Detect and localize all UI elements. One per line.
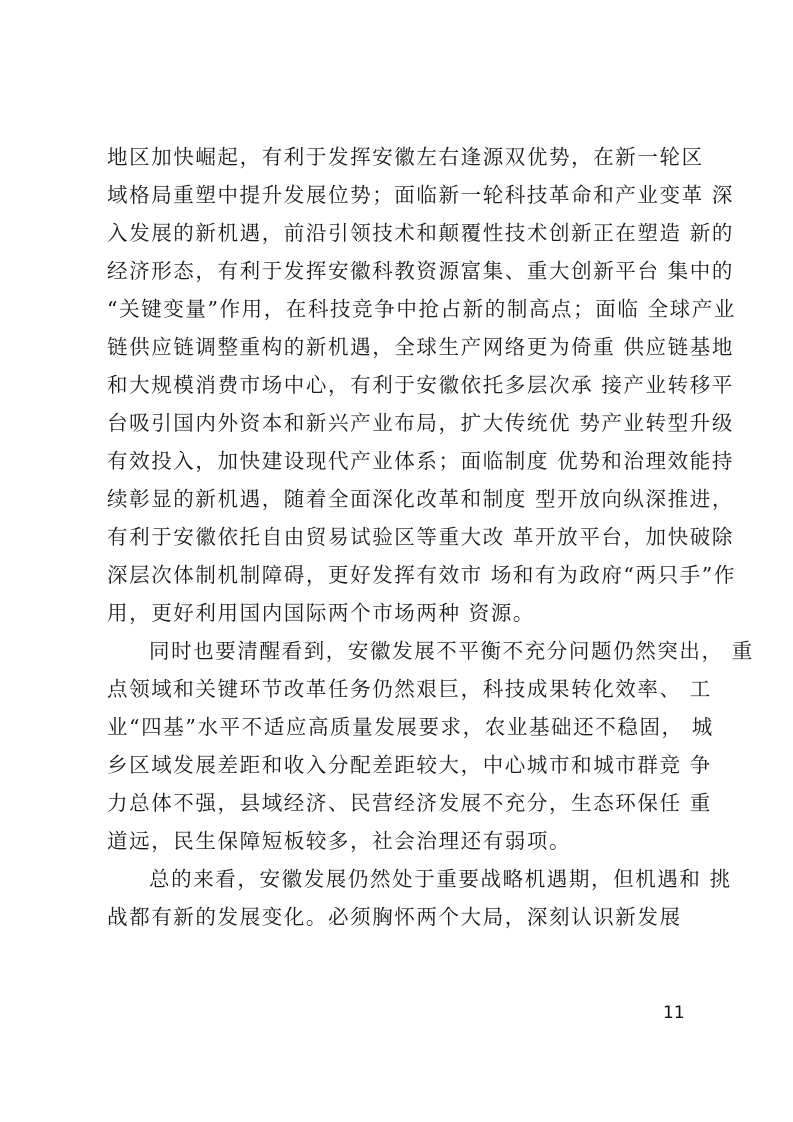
text-line: 业“四基”水平不适应高质量发展要求，农业基础还不稳固， 城 (107, 708, 692, 746)
text-line: 和大规模消费市场中心，有利于安徽依托多层次承 接产业转移平 (107, 366, 692, 404)
body-text: 地区加快崛起，有利于发挥安徽左右逢源双优势，在新一轮区 域格局重塑中提升发展位势… (107, 138, 692, 936)
text-line: 道远，民生保障短板较多，社会治理还有弱项。 (107, 822, 692, 860)
text-line: 有效投入，加快建设现代产业体系；面临制度 优势和治理效能持 (107, 442, 692, 480)
text-line: 经济形态，有利于发挥安徽科教资源富集、重大创新平台 集中的 (107, 252, 692, 290)
text-line: 链供应链调整重构的新机遇，全球生产网络更为倚重 供应链基地 (107, 328, 692, 366)
text-line: 战都有新的发展变化。必须胸怀两个大局，深刻认识新发展 (107, 898, 692, 936)
text-line: 域格局重塑中提升发展位势；面临新一轮科技革命和产业变革 深 (107, 176, 692, 214)
text-line: 力总体不强，县域经济、民营经济发展不充分，生态环保任 重 (107, 784, 692, 822)
text-line: 有利于安徽依托自由贸易试验区等重大改 革开放平台，加快破除 (107, 518, 692, 556)
text-line: “关键变量”作用，在科技竞争中抢占新的制高点；面临 全球产业 (107, 290, 692, 328)
text-line: 点领域和关键环节改革任务仍然艰巨，科技成果转化效率、 工 (107, 670, 692, 708)
text-line: 深层次体制机制障碍，更好发挥有效市 场和有为政府“两只手”作 (107, 556, 692, 594)
page-number: 11 (663, 1003, 685, 1023)
paragraph-start-line: 总的来看，安徽发展仍然处于重要战略机遇期，但机遇和 挑 (107, 860, 692, 898)
text-line: 用，更好利用国内国际两个市场两种 资源。 (107, 594, 692, 632)
text-line: 台吸引国内外资本和新兴产业布局，扩大传统优 势产业转型升级 (107, 404, 692, 442)
text-line: 地区加快崛起，有利于发挥安徽左右逢源双优势，在新一轮区 (107, 138, 692, 176)
document-page: 地区加快崛起，有利于发挥安徽左右逢源双优势，在新一轮区 域格局重塑中提升发展位势… (0, 0, 793, 1122)
text-line: 入发展的新机遇，前沿引领技术和颠覆性技术创新正在塑造 新的 (107, 214, 692, 252)
text-line: 乡区域发展差距和收入分配差距较大，中心城市和城市群竞 争 (107, 746, 692, 784)
text-line: 续彰显的新机遇，随着全面深化改革和制度 型开放向纵深推进， (107, 480, 692, 518)
paragraph-start-line: 同时也要清醒看到，安徽发展不平衡不充分问题仍然突出， 重 (107, 632, 692, 670)
